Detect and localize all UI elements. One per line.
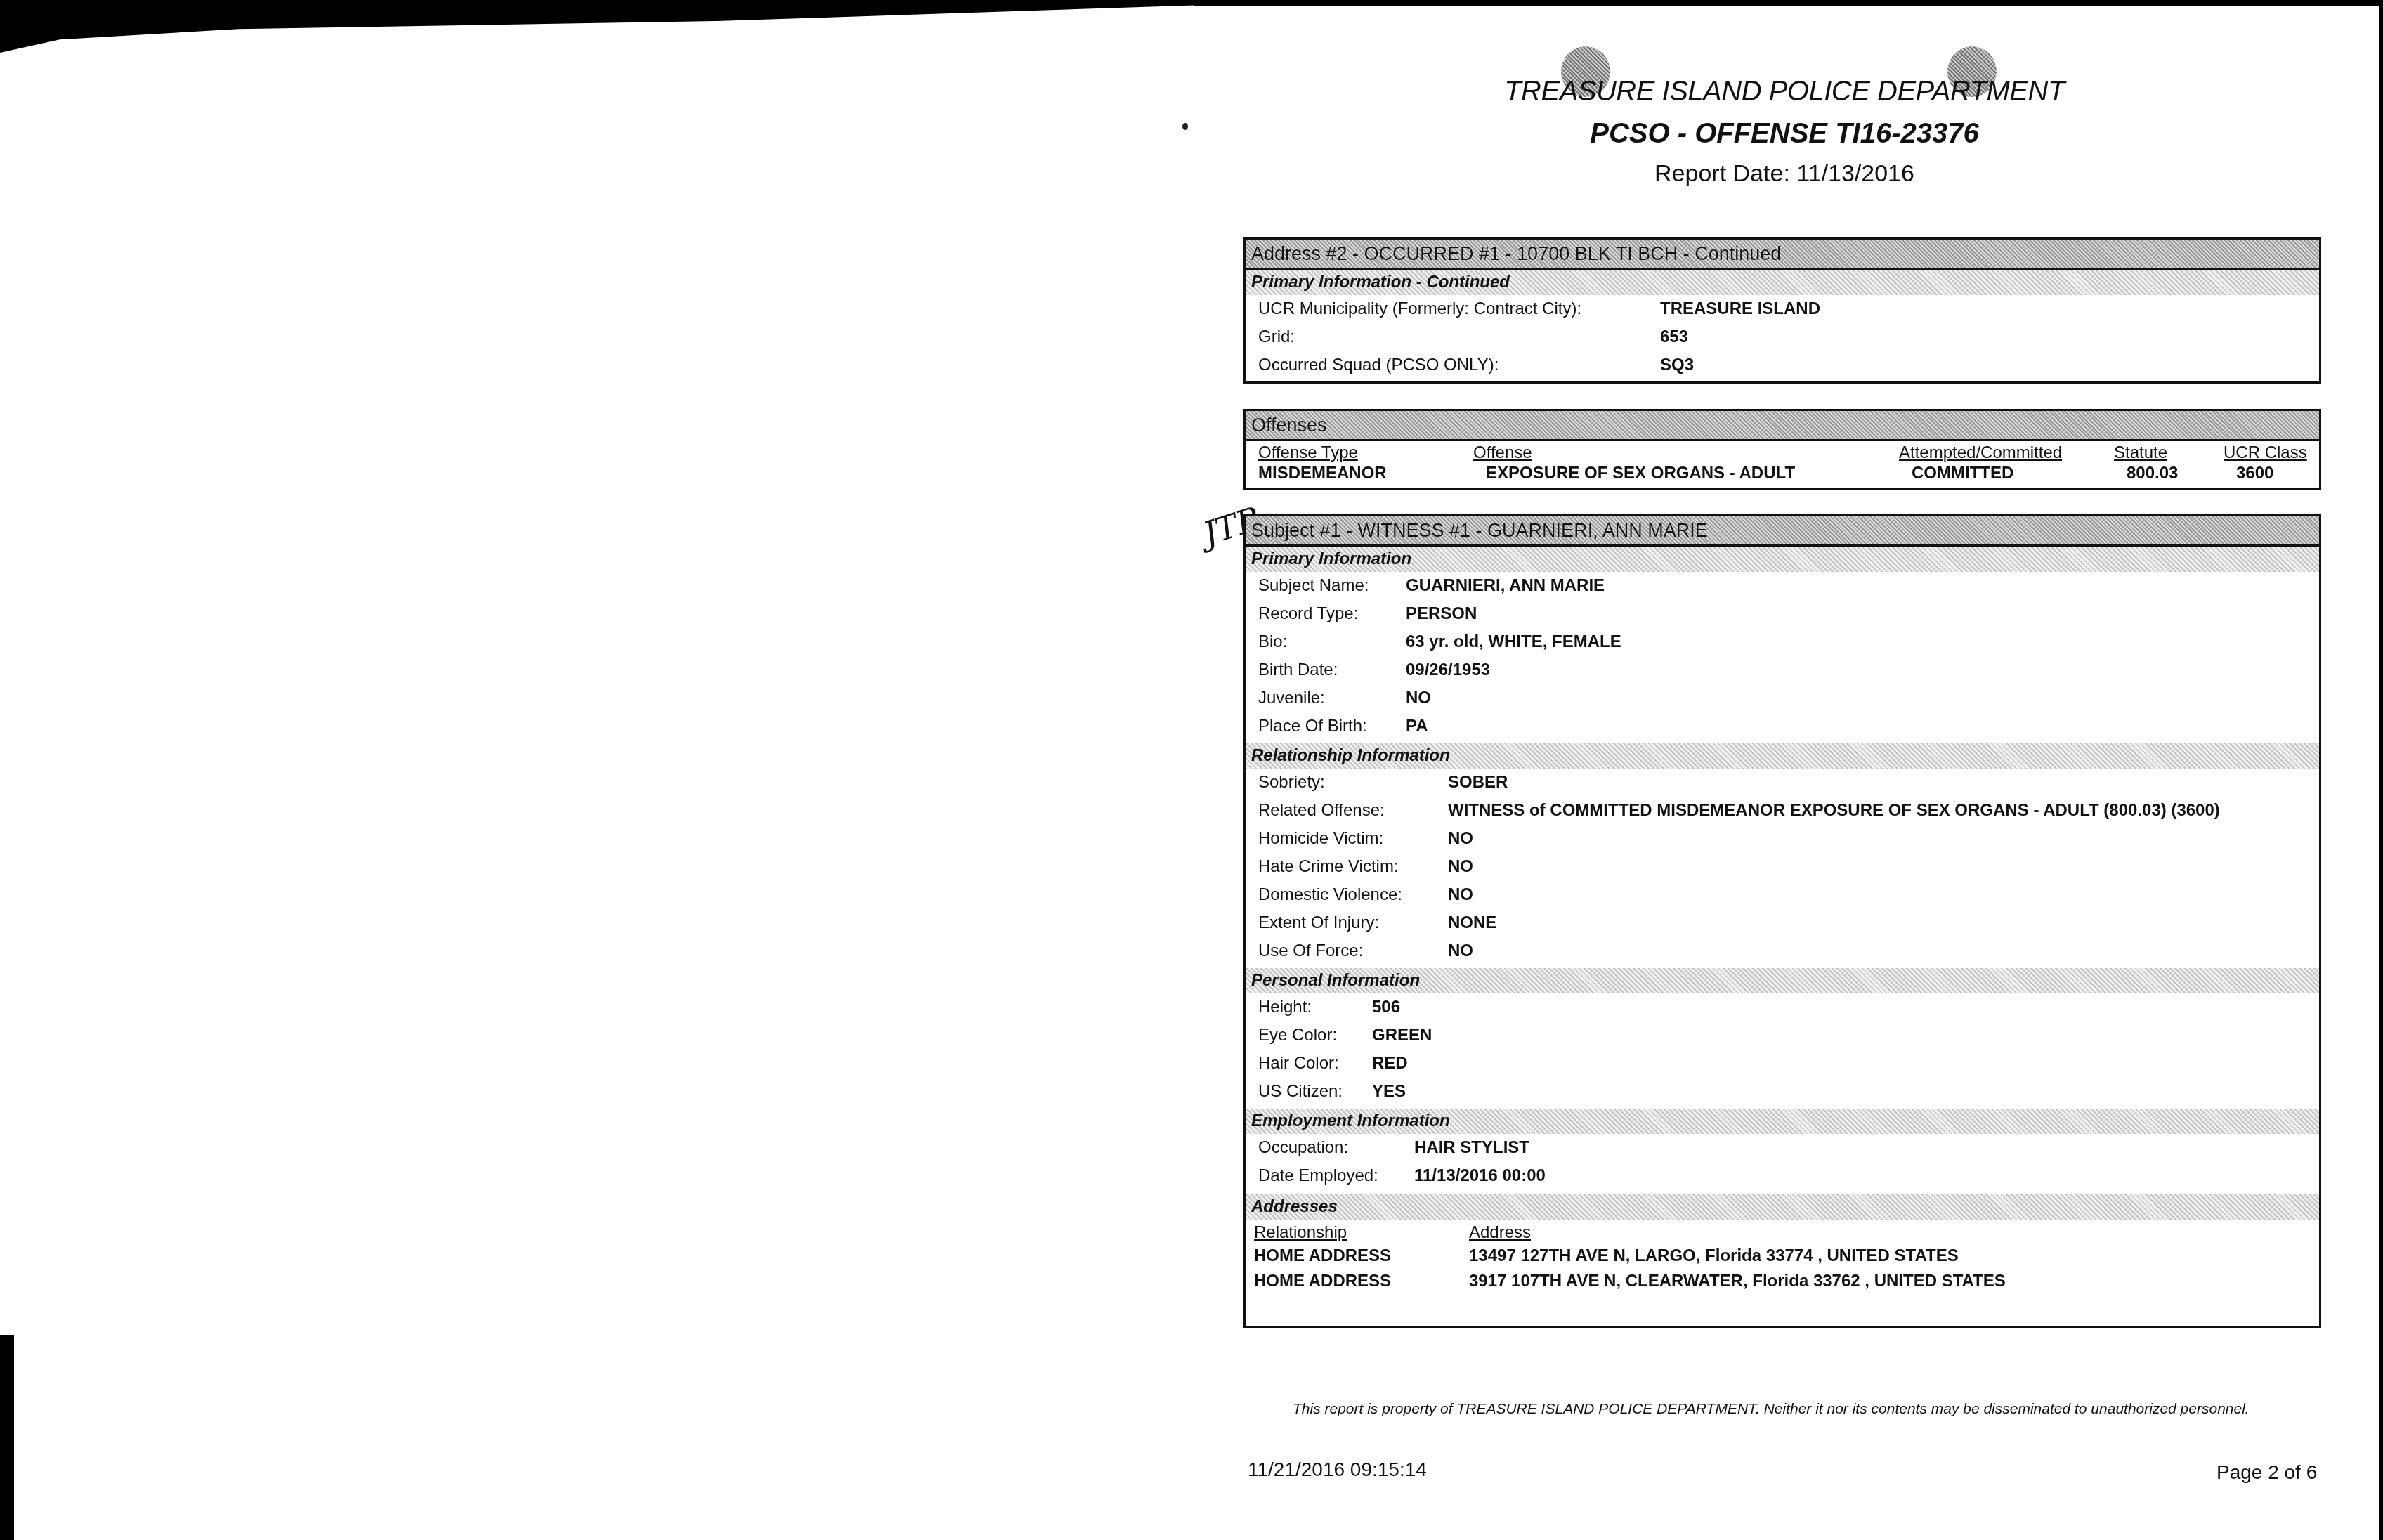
field-row: Eye Color:GREEN: [1246, 1022, 2319, 1050]
report-date: Report Date: 11/13/2016: [1335, 160, 2234, 188]
printed-timestamp: 11/21/2016 09:15:14: [1248, 1459, 1427, 1481]
field-row: Date Employed:11/13/2016 00:00: [1246, 1162, 2319, 1190]
scan-shadow-top: [0, 0, 1194, 53]
field-row: Record Type:PERSON: [1246, 600, 2319, 628]
personal-info-heading: Personal Information: [1246, 968, 2319, 993]
field-row: Use Of Force:NO: [1246, 937, 2319, 965]
field-row: Bio:63 yr. old, WHITE, FEMALE: [1246, 628, 2319, 656]
field-row: Related Offense:WITNESS of COMMITTED MIS…: [1246, 797, 2319, 825]
subject-section: Subject #1 - WITNESS #1 - GUARNIERI, ANN…: [1243, 514, 2321, 1328]
field-row: Extent Of Injury:NONE: [1246, 909, 2319, 937]
address-section: Address #2 - OCCURRED #1 - 10700 BLK TI …: [1243, 237, 2321, 384]
field-row: Domestic Violence:NO: [1246, 881, 2319, 909]
offenses-header-row: Offense Type Offense Attempted/Committed…: [1246, 441, 2319, 462]
field-row: Subject Name:GUARNIERI, ANN MARIE: [1246, 572, 2319, 600]
relationship-info-heading: Relationship Information: [1246, 743, 2319, 769]
field-row: Sobriety:SOBER: [1246, 769, 2319, 797]
field-row: Occupation:HAIR STYLIST: [1246, 1134, 2319, 1162]
page-number: Page 2 of 6: [2216, 1461, 2317, 1484]
address-row: HOME ADDRESS 13497 127TH AVE N, LARGO, F…: [1246, 1244, 2319, 1269]
subject-title: Subject #1 - WITNESS #1 - GUARNIERI, ANN…: [1246, 516, 2319, 547]
scan-shadow-top-right: [1194, 0, 2383, 6]
field-row: Hair Color:RED: [1246, 1050, 2319, 1078]
offense-row: MISDEMEANOR EXPOSURE OF SEX ORGANS - ADU…: [1246, 462, 2319, 485]
address-row: HOME ADDRESS 3917 107TH AVE N, CLEARWATE…: [1246, 1269, 2319, 1294]
scan-speck: [1182, 123, 1188, 130]
employment-info-heading: Employment Information: [1246, 1109, 2319, 1134]
addresses-header-row: Relationship Address: [1246, 1220, 2319, 1244]
field-row: Grid:653: [1246, 323, 2319, 351]
field-row: Hate Crime Victim:NO: [1246, 853, 2319, 881]
field-row: Homicide Victim:NO: [1246, 825, 2319, 853]
field-row: Birth Date:09/26/1953: [1246, 656, 2319, 684]
field-row: Place Of Birth:PA: [1246, 712, 2319, 740]
offenses-section: Offenses Offense Type Offense Attempted/…: [1243, 409, 2321, 490]
address-section-title: Address #2 - OCCURRED #1 - 10700 BLK TI …: [1246, 240, 2319, 270]
field-row: Height:506: [1246, 993, 2319, 1022]
field-row: Juvenile:NO: [1246, 684, 2319, 712]
address-subheading: Primary Information - Continued: [1246, 270, 2319, 295]
addresses-heading: Addresses: [1246, 1194, 2319, 1220]
department-name: TREASURE ISLAND POLICE DEPARTMENT: [1335, 76, 2234, 107]
offense-title: PCSO - OFFENSE TI16-23376: [1335, 118, 2234, 150]
disclaimer: This report is property of TREASURE ISLA…: [1293, 1401, 2276, 1418]
field-row: UCR Municipality (Formerly: Contract Cit…: [1246, 295, 2319, 323]
field-row: US Citizen:YES: [1246, 1078, 2319, 1106]
scan-edge-right: [2379, 0, 2383, 1540]
field-row: Occurred Squad (PCSO ONLY):SQ3: [1246, 351, 2319, 379]
offenses-title: Offenses: [1246, 411, 2319, 441]
scan-edge-left: [0, 1335, 14, 1540]
primary-info-heading: Primary Information: [1246, 547, 2319, 572]
